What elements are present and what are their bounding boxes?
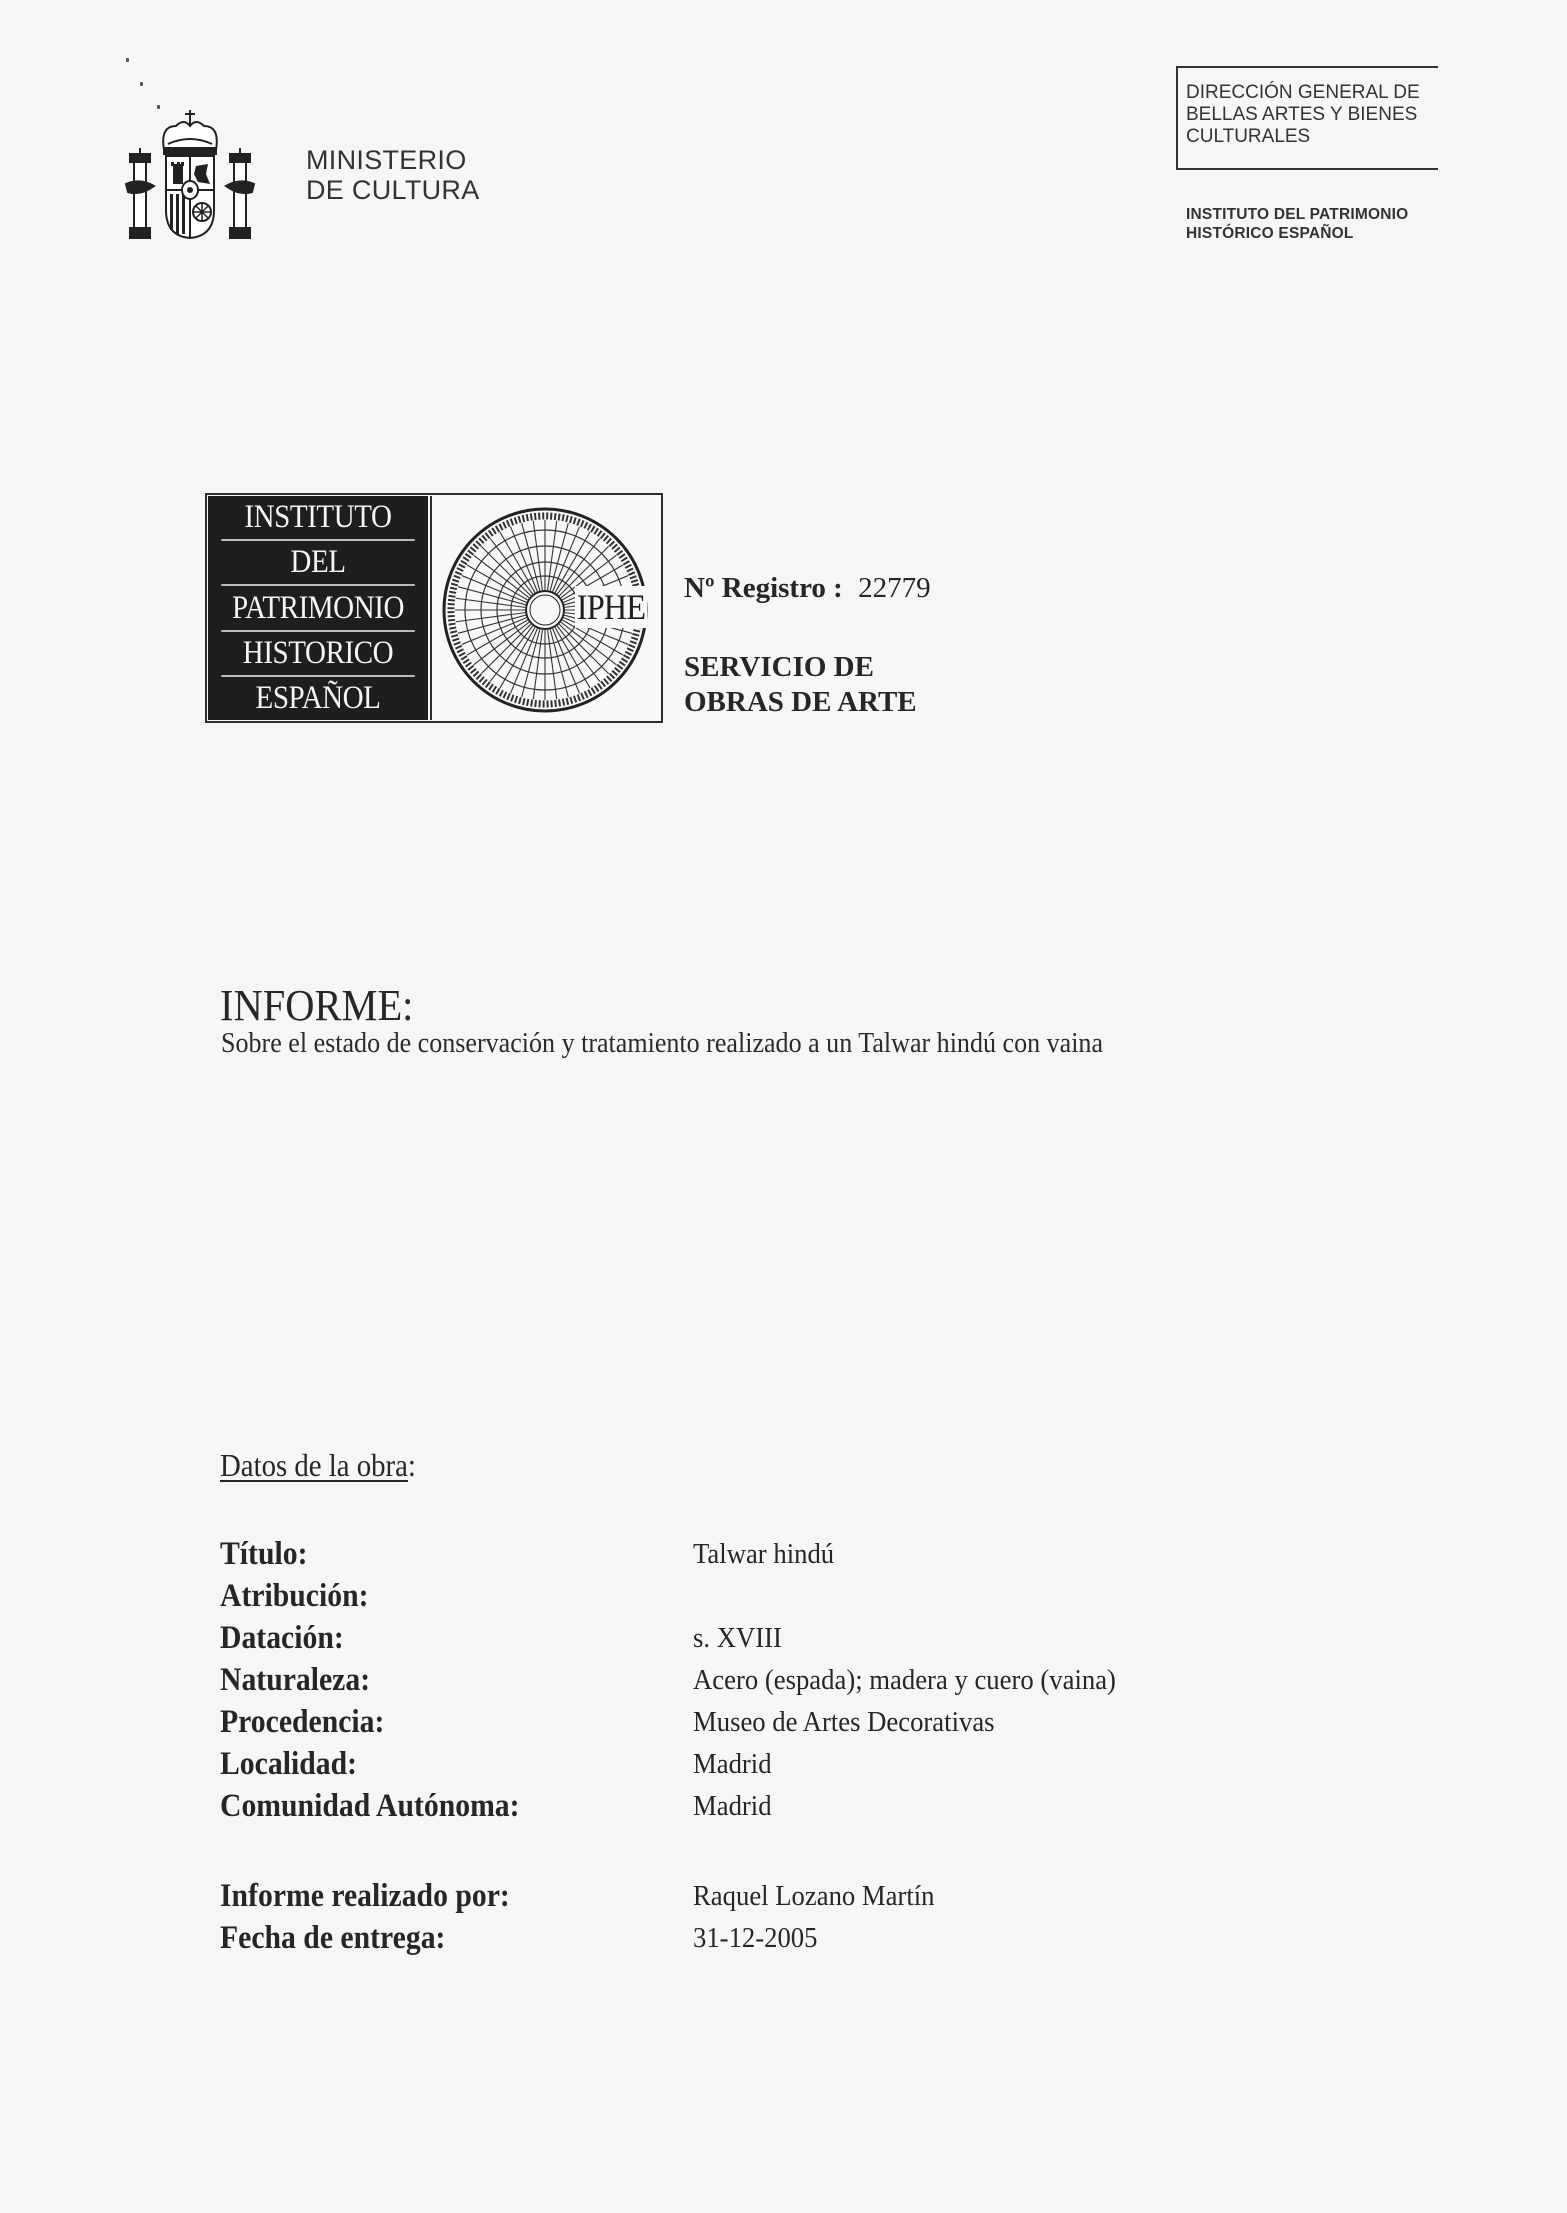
datos-heading-colon: : — [408, 1447, 416, 1483]
ministry-line: MINISTERIO — [306, 145, 480, 175]
datos-field-row: Comunidad Autónoma:Madrid — [220, 1788, 1320, 1830]
datos-field-row: Título:Talwar hindú — [220, 1536, 1320, 1578]
logo-row: DEL — [221, 541, 415, 586]
iphe-logo-text-block: INSTITUTO DEL PATRIMONIO HISTORICO ESPAÑ… — [208, 496, 428, 720]
informe-title: INFORME: — [220, 980, 413, 1031]
field-label: Título: — [220, 1536, 307, 1573]
servicio-line: SERVICIO DE — [684, 650, 917, 685]
datos-field-row: Localidad:Madrid — [220, 1746, 1320, 1788]
coat-of-arms-icon — [124, 104, 256, 244]
instituto-header-text: INSTITUTO DEL PATRIMONIO HISTÓRICO ESPAÑ… — [1186, 205, 1408, 243]
ministry-name: MINISTERIO DE CULTURA — [306, 145, 480, 205]
report-field-row: Fecha de entrega:31-12-2005 — [220, 1920, 1320, 1962]
registro-label: Nº Registro : — [684, 572, 843, 604]
field-label: Informe realizado por: — [220, 1878, 510, 1915]
field-value: Madrid — [693, 1748, 772, 1781]
report-field-row: Informe realizado por:Raquel Lozano Mart… — [220, 1878, 1320, 1920]
datos-heading: Datos de la obra: — [220, 1447, 416, 1484]
field-value: Museo de Artes Decorativas — [693, 1706, 995, 1739]
logo-row: INSTITUTO — [221, 496, 415, 541]
registro-value: 22779 — [858, 572, 931, 604]
field-value: 31-12-2005 — [693, 1922, 818, 1955]
field-label: Naturaleza: — [220, 1662, 370, 1699]
direccion-general-text: DIRECCIÓN GENERAL DE BELLAS ARTES Y BIEN… — [1186, 82, 1446, 148]
field-label: Atribución: — [220, 1578, 369, 1615]
field-value: Raquel Lozano Martín — [693, 1880, 935, 1913]
informe-subtitle: Sobre el estado de conservación y tratam… — [221, 1028, 1103, 1060]
field-label: Procedencia: — [220, 1704, 384, 1741]
field-label: Comunidad Autónoma: — [220, 1788, 520, 1825]
logo-row: PATRIMONIO — [221, 586, 415, 631]
field-label: Fecha de entrega: — [220, 1920, 445, 1957]
field-label: Datación: — [220, 1620, 344, 1657]
logo-row: HISTORICO — [221, 632, 415, 677]
datos-field-row: Atribución: — [220, 1578, 1320, 1620]
instituto-line: INSTITUTO DEL PATRIMONIO — [1186, 205, 1408, 224]
datos-field-row: Procedencia:Museo de Artes Decorativas — [220, 1704, 1320, 1746]
direccion-line: CULTURALES — [1186, 126, 1446, 148]
datos-heading-text: Datos de la obra — [220, 1447, 408, 1483]
servicio-line: OBRAS DE ARTE — [684, 685, 917, 720]
ministry-line: DE CULTURA — [306, 175, 480, 205]
registro-number: Nº Registro : 22779 — [684, 572, 931, 605]
field-label: Localidad: — [220, 1746, 357, 1783]
field-value: s. XVIII — [693, 1622, 782, 1655]
instituto-line: HISTÓRICO ESPAÑOL — [1186, 224, 1408, 243]
servicio-name: SERVICIO DE OBRAS DE ARTE — [684, 650, 917, 720]
iphe-acronym: IPHE — [575, 586, 647, 628]
direccion-line: DIRECCIÓN GENERAL DE — [1186, 82, 1446, 104]
scan-speck — [140, 82, 143, 86]
logo-separator — [430, 496, 432, 720]
field-value: Madrid — [693, 1790, 772, 1823]
scan-speck — [126, 58, 129, 62]
datos-field-row: Naturaleza:Acero (espada); madera y cuer… — [220, 1662, 1320, 1704]
logo-row: ESPAÑOL — [221, 677, 415, 720]
direccion-line: BELLAS ARTES Y BIENES — [1186, 104, 1446, 126]
field-value: Acero (espada); madera y cuero (vaina) — [693, 1664, 1116, 1697]
datos-field-row: Datación:s. XVIII — [220, 1620, 1320, 1662]
field-value: Talwar hindú — [693, 1538, 834, 1571]
